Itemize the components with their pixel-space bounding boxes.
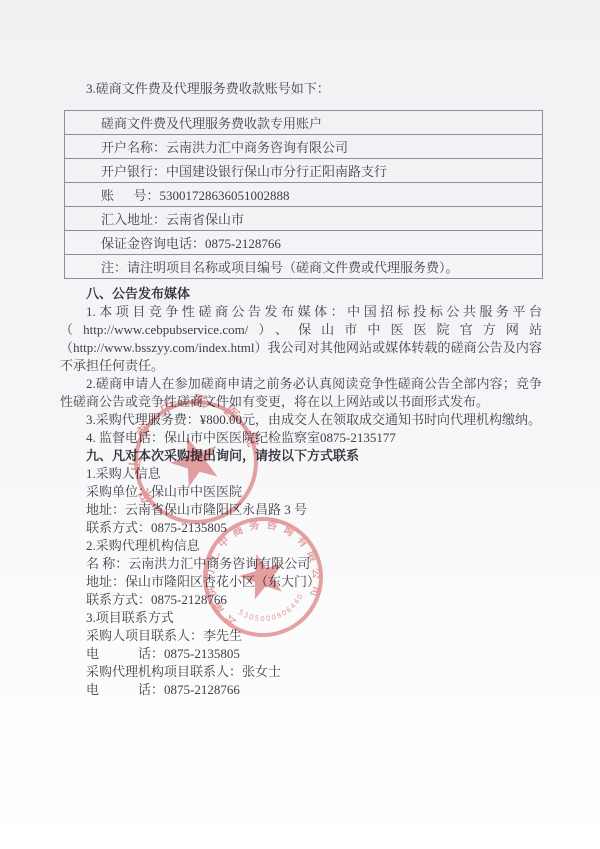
star-icon bbox=[234, 548, 290, 602]
account-table: 磋商文件费及代理服务费收款专用账户 开户名称：云南洪力汇中商务咨询有限公司 开户… bbox=[64, 110, 543, 279]
table-note: 注：请注明项目名称或项目编号（磋商文件费或代理服务费）。 bbox=[65, 255, 543, 279]
table-row: 开户名称：云南洪力汇中商务咨询有限公司 bbox=[65, 135, 543, 159]
account-intro-line: 3.磋商文件费及代理服务费收款账号如下： bbox=[60, 80, 542, 98]
table-row: 保证金咨询电话：0875-2128766 bbox=[65, 231, 543, 255]
deposit-phone: 保证金咨询电话：0875-2128766 bbox=[65, 231, 543, 255]
account-bank: 开户银行：中国建设银行保山市分行正阳南路支行 bbox=[65, 159, 543, 183]
agency-seal: 云南洪力汇中商务咨询有限公司 5305000906440 bbox=[188, 502, 338, 652]
agency-project-phone: 电 话：0875-2128766 bbox=[60, 681, 542, 699]
table-row: 账 号：53001728636051002888 bbox=[65, 183, 543, 207]
hospital-seal-name: 保山市中医医院 bbox=[121, 387, 269, 507]
star-icon bbox=[164, 429, 227, 490]
hospital-seal-text: 保山市中医医院 bbox=[121, 387, 269, 507]
account-number: 账 号：53001728636051002888 bbox=[65, 183, 543, 207]
document-page: 3.磋商文件费及代理服务费收款账号如下： 磋商文件费及代理服务费收款专用账户 开… bbox=[0, 0, 600, 849]
agency-project-contact: 采购代理机构项目联系人：张女士 bbox=[60, 663, 542, 681]
account-holder-name: 开户名称：云南洪力汇中商务咨询有限公司 bbox=[65, 135, 543, 159]
remit-address: 汇入地址：云南省保山市 bbox=[65, 207, 543, 231]
table-row: 注：请注明项目名称或项目编号（磋商文件费或代理服务费）。 bbox=[65, 255, 543, 279]
section8-heading: 八、公告发布媒体 bbox=[60, 285, 542, 303]
section8-para1: 1.本项目竞争性磋商公告发布媒体：中国招标投标公共服务平台（http://www… bbox=[60, 303, 542, 375]
table-row: 磋商文件费及代理服务费收款专用账户 bbox=[65, 111, 543, 135]
table-row: 汇入地址：云南省保山市 bbox=[65, 207, 543, 231]
table-row: 开户银行：中国建设银行保山市分行正阳南路支行 bbox=[65, 159, 543, 183]
account-table-title: 磋商文件费及代理服务费收款专用账户 bbox=[65, 111, 543, 135]
